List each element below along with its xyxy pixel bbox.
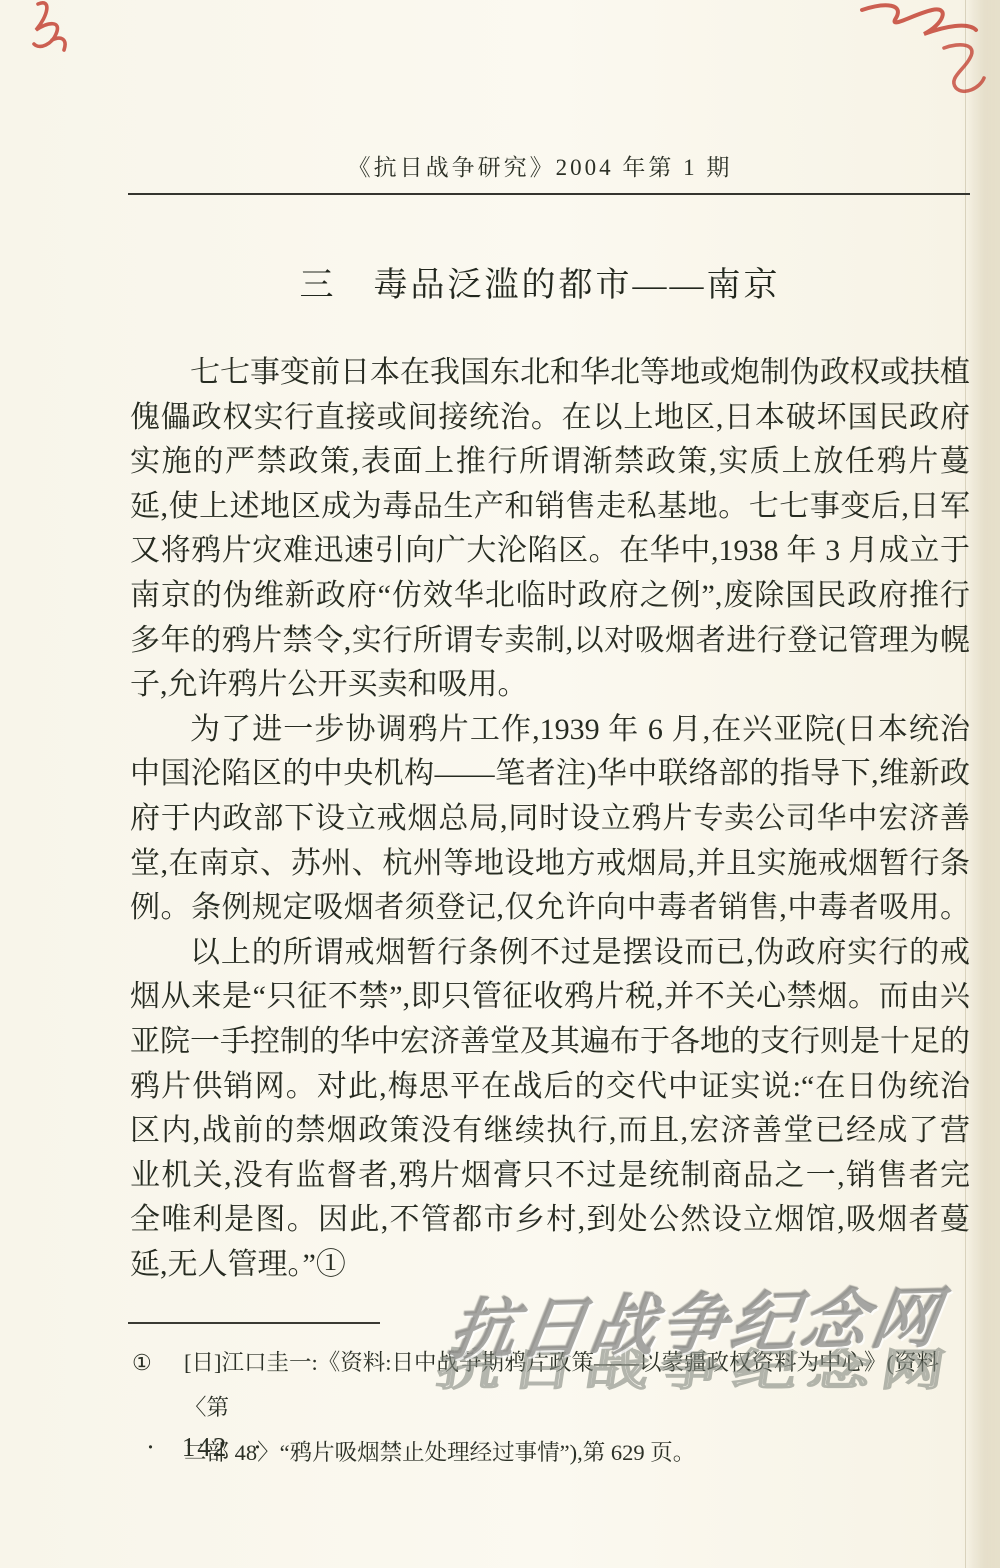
text-line: 多年的鸦片禁令,实行所谓专卖制,以对吸烟者进行登记管理为幌 [130,619,970,664]
text-line: 全唯利是图。因此,不管都市乡村,到处公然设立烟馆,吸烟者蔓 [130,1198,970,1243]
text-line: 中国沦陷区的中央机构——笔者注)华中联络部的指导下,维新政 [130,752,970,797]
text-line: 为了进一步协调鸦片工作,1939 年 6 月,在兴亚院(日本统治 [130,708,970,753]
text-line: 延,使上述地区成为毒品生产和销售走私基地。七七事变后,日军 [130,485,970,530]
text-line: 子,允许鸦片公开买卖和吸用。 [130,663,970,708]
footnote-rule [128,1322,380,1324]
pen-mark-top-right [852,0,992,104]
paragraph: 以上的所谓戒烟暂行条例不过是摆设而已,伪政府实行的戒 烟从来是“只征不禁”,即只… [130,931,970,1288]
footnote-line: [日]江口圭一:《资料:日中战争期鸦片政策——以蒙疆政权资料为中心》(资料〈第 [184,1340,972,1430]
text-line: 例。条例规定吸烟者须登记,仅允许向中毒者销售,中毒者吸用。 [130,886,970,931]
text-line: 傀儡政权实行直接或间接统治。在以上地区,日本破坏国民政府 [130,396,970,441]
footnote-marker: ① [132,1340,152,1385]
text-line: 实施的严禁政策,表面上推行所谓渐禁政策,实质上放任鸦片蔓 [130,440,970,485]
text-line: 业机关,没有监督者,鸦片烟膏只不过是统制商品之一,销售者完 [130,1154,970,1199]
paragraph: 七七事变前日本在我国东北和华北等地或炮制伪政权或扶植 傀儡政权实行直接或间接统治… [130,351,970,708]
footnote-line: 二部 48〉“鸦片吸烟禁止处理经过事情”),第 629 页。 [184,1430,972,1475]
scan-page: 《抗日战争研究》2004 年第 1 期 三 毒品泛滥的都市——南京 七七事变前日… [0,0,1000,1568]
text-line: 亚院一手控制的华中宏济善堂及其遍布于各地的支行则是十足的 [130,1020,970,1065]
text-line: 延,无人管理。”① [130,1243,970,1288]
body-text: 七七事变前日本在我国东北和华北等地或炮制伪政权或扶植 傀儡政权实行直接或间接统治… [130,351,970,1287]
scan-edge-band [965,0,1000,1568]
text-line: 以上的所谓戒烟暂行条例不过是摆设而已,伪政府实行的戒 [130,931,970,976]
text-line: 七七事变前日本在我国东北和华北等地或炮制伪政权或扶植 [130,351,970,396]
text-line: 府于内政部下设立戒烟总局,同时设立鸦片专卖公司华中宏济善 [130,797,970,842]
text-line: 南京的伪维新政府“仿效华北临时政府之例”,废除国民政府推行 [130,574,970,619]
paragraph: 为了进一步协调鸦片工作,1939 年 6 月,在兴亚院(日本统治 中国沦陷区的中… [130,708,970,931]
text-line: 堂,在南京、苏州、杭州等地设地方戒烟局,并且实施戒烟暂行条 [130,842,970,887]
text-line: 烟从来是“只征不禁”,即只管征收鸦片税,并不关心禁烟。而由兴 [130,975,970,1020]
page-number: · 142 · [146,1432,264,1463]
footnote-body: [日]江口圭一:《资料:日中战争期鸦片政策——以蒙疆政权资料为中心》(资料〈第 … [184,1340,972,1475]
pen-mark-top-left [22,0,82,66]
text-line: 鸦片供销网。对此,梅思平在战后的交代中证实说:“在日伪统治 [130,1065,970,1110]
journal-header: 《抗日战争研究》2004 年第 1 期 [110,149,970,182]
text-line: 区内,战前的禁烟政策没有继续执行,而且,宏济善堂已经成了营 [130,1109,970,1154]
header-rule [128,193,970,195]
text-line: 又将鸦片灾难迅速引向广大沦陷区。在华中,1938 年 3 月成立于 [130,529,970,574]
section-title: 三 毒品泛滥的都市——南京 [110,257,970,306]
